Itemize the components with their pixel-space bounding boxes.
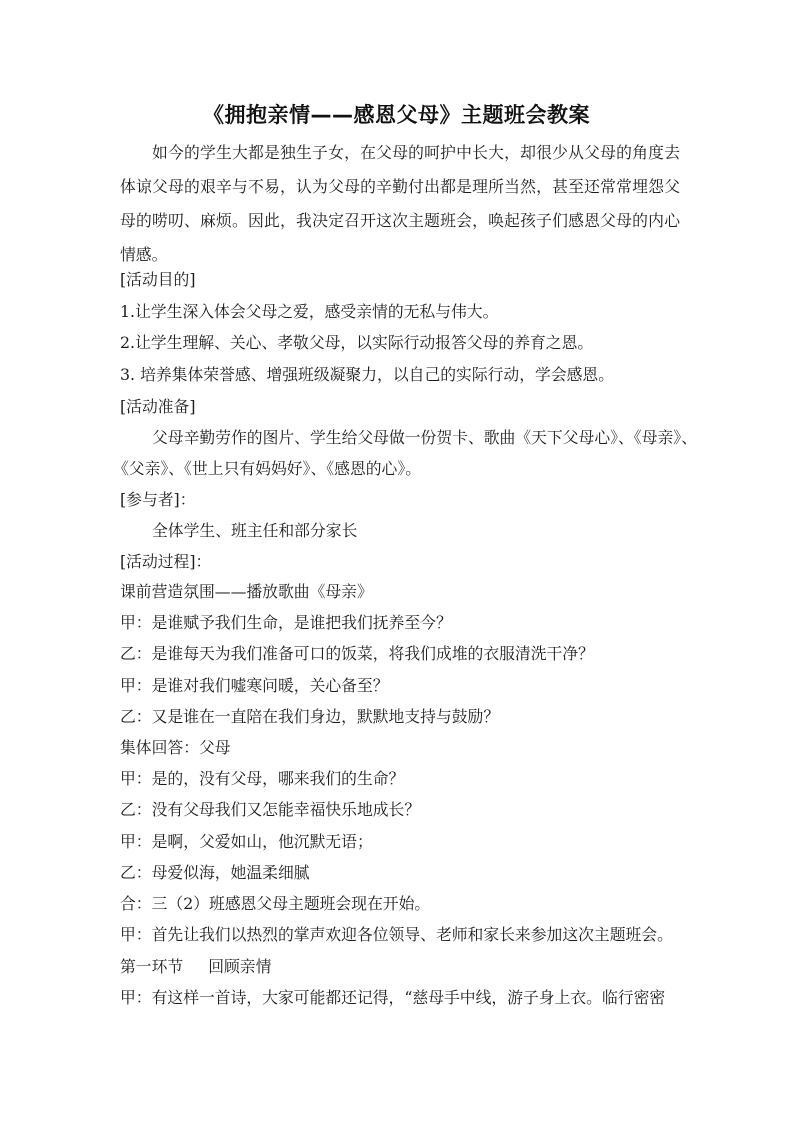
document-title: 《拥抱亲情——感恩父母》主题班会教案 [0, 102, 793, 128]
section-label: 第一环节 [120, 957, 183, 976]
goals-heading: [活动目的] [120, 270, 680, 290]
dialogue-line: 甲：有这样一首诗，大家可能都还记得，“慈母手中线，游子身上衣。临行密密 [120, 988, 680, 1008]
dialogue-line: 乙：母爱似海，她温柔细腻 [120, 863, 680, 883]
document-page: 《拥抱亲情——感恩父母》主题班会教案 如今的学生大都是独生子女，在父母的呵护中长… [0, 0, 793, 1122]
goal-item-3: 3. 培养集体荣誉感、增强班级凝聚力，以自己的实际行动，学会感恩。 [120, 365, 680, 385]
dialogue-line: 甲：是的，没有父母，哪来我们的生命？ [120, 769, 680, 789]
participants-text: 全体学生、班主任和部分家长 [152, 521, 680, 541]
process-line: 课前营造氛围——播放歌曲《母亲》 [120, 582, 680, 602]
preparation-line-1: 父母辛勤劳作的图片、学生给父母做一份贺卡、歌曲《天下父母心》、《母亲》、 [152, 428, 680, 448]
dialogue-line: 合：三（2）班感恩父母主题班会现在开始。 [120, 894, 680, 914]
section-heading: 第一环节回顾亲情 [120, 957, 680, 977]
participants-heading: [参与者]： [120, 490, 680, 510]
preparation-line-2: 《父亲》、《世上只有妈妈好》、《感恩的心》。 [113, 459, 673, 479]
dialogue-line: 甲：首先让我们以热烈的掌声欢迎各位领导、老师和家长来参加这次主题班会。 [120, 925, 680, 945]
intro-line-3: 母的唠叨、麻烦。因此，我决定召开这次主题班会，唤起孩子们感恩父母的内心 [120, 211, 680, 231]
goal-item-2: 2.让学生理解、关心、孝敬父母，以实际行动报答父母的养育之恩。 [120, 333, 680, 353]
intro-line-4: 情感。 [120, 245, 680, 265]
intro-line-2: 体谅父母的艰辛与不易，认为父母的辛勤付出都是理所当然，甚至还常常埋怨父 [120, 177, 680, 197]
dialogue-line: 甲：是谁对我们嘘寒问暖，关心备至？ [120, 676, 680, 696]
preparation-heading: [活动准备] [120, 397, 680, 417]
dialogue-line: 乙：是谁每天为我们准备可口的饭菜，将我们成堆的衣服清洗干净？ [120, 644, 680, 664]
goal-item-1: 1.让学生深入体会父母之爱，感受亲情的无私与伟大。 [120, 302, 680, 322]
dialogue-line: 甲：是啊，父爱如山，他沉默无语； [120, 832, 680, 852]
dialogue-line: 乙：又是谁在一直陪在我们身边，默默地支持与鼓励？ [120, 707, 680, 727]
dialogue-line: 乙：没有父母我们又怎能幸福快乐地成长？ [120, 800, 680, 820]
dialogue-line: 集体回答：父母 [120, 738, 680, 758]
dialogue-line: 甲：是谁赋予我们生命，是谁把我们抚养至今？ [120, 613, 680, 633]
intro-line-1: 如今的学生大都是独生子女，在父母的呵护中长大，却很少从父母的角度去 [152, 143, 680, 163]
section-name: 回顾亲情 [208, 957, 271, 976]
process-heading: [活动过程]： [120, 552, 680, 572]
